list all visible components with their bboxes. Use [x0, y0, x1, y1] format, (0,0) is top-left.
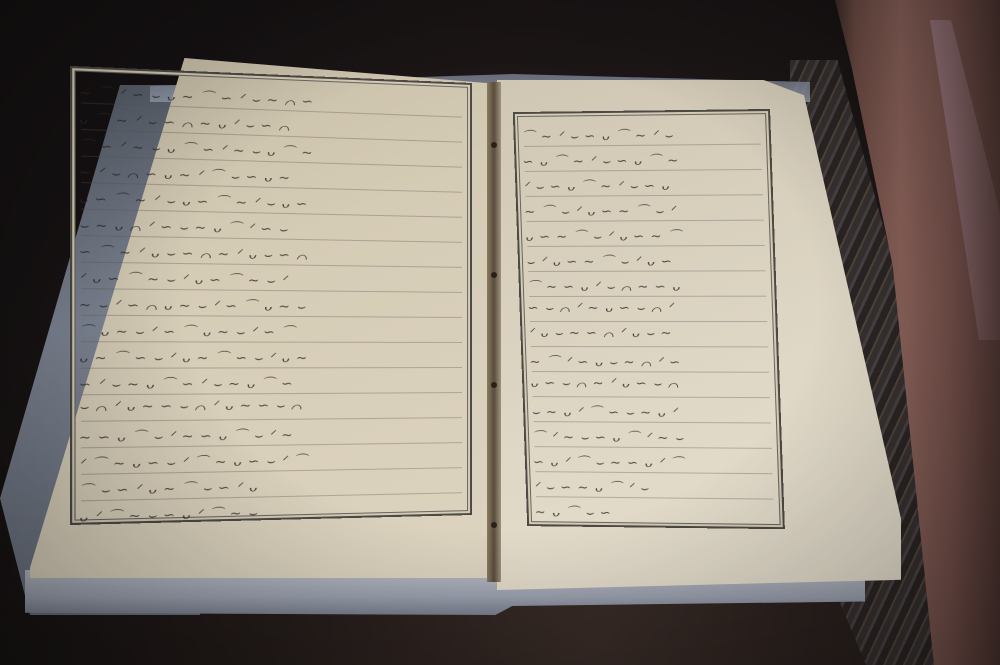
binding-stitch	[491, 382, 497, 388]
shorthand-line: ⌒ ᴗ ∼ ⌣ ᐟ ∽ ⌒ ᴗ ∼ ⌣ ᐟ ∽ ⌒	[79, 320, 464, 338]
shorthand-line: ᐟ ᴗ ⌣ ∼ ∽ ⌒ ᐟ ᴗ ⌣ ∼	[528, 326, 770, 342]
shorthand-line: ∽ ⌣ ⌒ ᐟ ∼ ᴗ ∽ ⌣ ⌒ ᐟ	[527, 301, 769, 317]
shorthand-line: ⌣ ᐟ ᴗ ∽ ∼ ⌒ ⌣ ᐟ ᴗ ∽	[526, 250, 768, 267]
binding-stitch	[491, 272, 497, 278]
shorthand-line: ∽ ᴗ ᐟ ⌒ ⌣ ∼ ∽ ᴗ ᐟ ⌒	[533, 451, 775, 469]
shorthand-line: ⌒ ∼ ᐟ ⌣ ∽ ᴗ ⌒ ∼ ᐟ ⌣	[521, 123, 763, 142]
shorthand-line: ᴗ ∽ ⌣ ⌒ ∼ ᐟ ᴗ ∽ ⌣ ⌒	[530, 376, 772, 393]
shorthand-line: ᴗ ∽ ∼ ⌒ ⌣ ᐟ ᴗ ∽ ∼ ⌒	[525, 225, 767, 242]
left-page-ruled-frame: ∼ ⌒ ᐟ ∽ ⌣ ᴗ ∼ ⌒ ∽ ᐟ ⌣ ∼ ⌒ ∽ᴗ ⌒ ∼ ᐟ ⌣ ∽ ⌒…	[70, 66, 472, 525]
shorthand-line: ⌣ ∼ ᴗ ᐟ ⌒ ∽ ⌣ ∼ ᴗ ᐟ	[531, 401, 773, 418]
photo-scene: ∼ ⌒ ᐟ ∽ ⌣ ᴗ ∼ ⌒ ∽ ᐟ ⌣ ∼ ⌒ ∽ᴗ ⌒ ∼ ᐟ ⌣ ∽ ⌒…	[0, 0, 1000, 665]
binding-stitch	[491, 522, 497, 528]
shorthand-line: ∼ ⌒ ᐟ ∽ ᴗ ⌣ ∼ ⌒ ᐟ ∽	[529, 351, 771, 368]
right-page-ruled-frame: ⌒ ∼ ᐟ ⌣ ∽ ᴗ ⌒ ∼ ᐟ ⌣∽ ᴗ ⌒ ∼ ᐟ ⌣ ∽ ᴗ ⌒ ∼ᐟ …	[513, 109, 785, 529]
shorthand-line: ᴗ ∼ ⌒ ∽ ⌣ ᐟ ᴗ ∼ ⌒ ∽ ⌣ ᐟ ᴗ ∼	[79, 346, 464, 363]
shorthand-line: ∼ ⌣ ᐟ ∽ ⌒ ᴗ ∼ ⌣ ᐟ ∽ ⌒ ᴗ ∼ ⌣	[79, 293, 464, 313]
shorthand-line: ∽ ᐟ ⌣ ∼ ᴗ ⌒ ∽ ᐟ ⌣ ∼ ᴗ ⌒ ∽	[79, 372, 464, 390]
shorthand-line: ∼ ᴗ ⌒ ⌣ ∽	[534, 501, 776, 520]
shorthand-line: ⌒ ᐟ ∼ ⌣ ∽ ᴗ ⌒ ᐟ ∼ ⌣	[532, 426, 774, 444]
shorthand-line: ᐟ ⌣ ∽ ∼ ᴗ ⌒ ᐟ ⌣	[533, 476, 775, 494]
shorthand-line: ∼ ⌒ ⌣ ᐟ ᴗ ∽ ∼ ⌒ ⌣ ᐟ	[524, 199, 766, 217]
book-spine	[487, 82, 501, 582]
shorthand-line: ᐟ ⌣ ∽ ᴗ ⌒ ∼ ᐟ ⌣ ∽ ᴗ	[523, 174, 765, 192]
shorthand-text-right: ⌒ ∼ ᐟ ⌣ ∽ ᴗ ⌒ ∼ ᐟ ⌣∽ ᴗ ⌒ ∼ ᐟ ⌣ ∽ ᴗ ⌒ ∼ᐟ …	[515, 111, 768, 114]
shorthand-line: ⌒ ∼ ∽ ᴗ ᐟ ⌣ ⌒ ∼ ∽ ᴗ	[526, 275, 768, 292]
binding-stitch	[491, 142, 497, 148]
shorthand-line: ∽ ᴗ ⌒ ∼ ᐟ ⌣ ∽ ᴗ ⌒ ∼	[522, 149, 764, 167]
